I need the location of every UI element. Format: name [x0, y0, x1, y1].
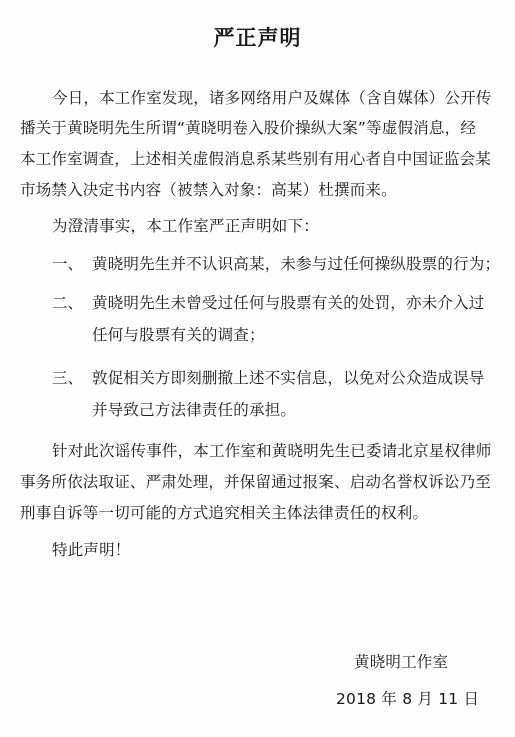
paragraph1-line1: 今日，本工作室发现，诸多网络用户及媒体（含自媒体）公开传 — [52, 88, 492, 108]
paragraph1-line3: 本工作室调查，上述相关虚假消息系某些别有用心者自中国证监会某 — [20, 149, 491, 169]
document-title: 严正声明 — [0, 26, 515, 50]
item3-line2: 并导致己方法律责任的承担。 — [92, 400, 296, 420]
item1-line1: 黄晓明先生并不认识高某，未参与过任何操纵股票的行为； — [92, 254, 500, 274]
closing-line: 特此声明！ — [52, 540, 131, 560]
item1-marker: 一、 — [52, 254, 83, 274]
paragraph1-line4: 市场禁入决定书内容（被禁入对象：高某）杜撰而来。 — [20, 180, 397, 200]
item2-line2: 任何与股票有关的调查； — [92, 325, 265, 345]
paragraph1-line2: 播关于黄晓明先生所谓“黄晓明卷入股价操纵大案”等虚假消息，经 — [20, 118, 476, 138]
item3-line1: 敦促相关方即刻删撤上述不实信息，以免对公众造成误导 — [92, 368, 485, 388]
item2-marker: 二、 — [52, 293, 83, 313]
signature: 黄晓明工作室 — [354, 652, 448, 672]
item3-marker: 三、 — [52, 368, 83, 388]
paragraph3-line3: 刑事自诉等一切可能的方式追究相关主体法律责任的权利。 — [20, 503, 428, 523]
paragraph3-line2: 事务所依法取证、严肃处理，并保留通过报案、启动名誉权诉讼乃至 — [20, 472, 491, 492]
item2-line1: 黄晓明先生未曾受过任何与股票有关的处罚，亦未介入过 — [92, 293, 485, 313]
statement-document: 严正声明 今日，本工作室发现，诸多网络用户及媒体（含自媒体）公开传 播关于黄晓明… — [0, 0, 515, 737]
date: 2018 年 8 月 11 日 — [336, 689, 479, 709]
paragraph3-line1: 针对此次谣传事件，本工作室和黄晓明先生已委请北京星权律师 — [52, 441, 492, 461]
paragraph2: 为澄清事实，本工作室严正声明如下： — [52, 216, 319, 236]
